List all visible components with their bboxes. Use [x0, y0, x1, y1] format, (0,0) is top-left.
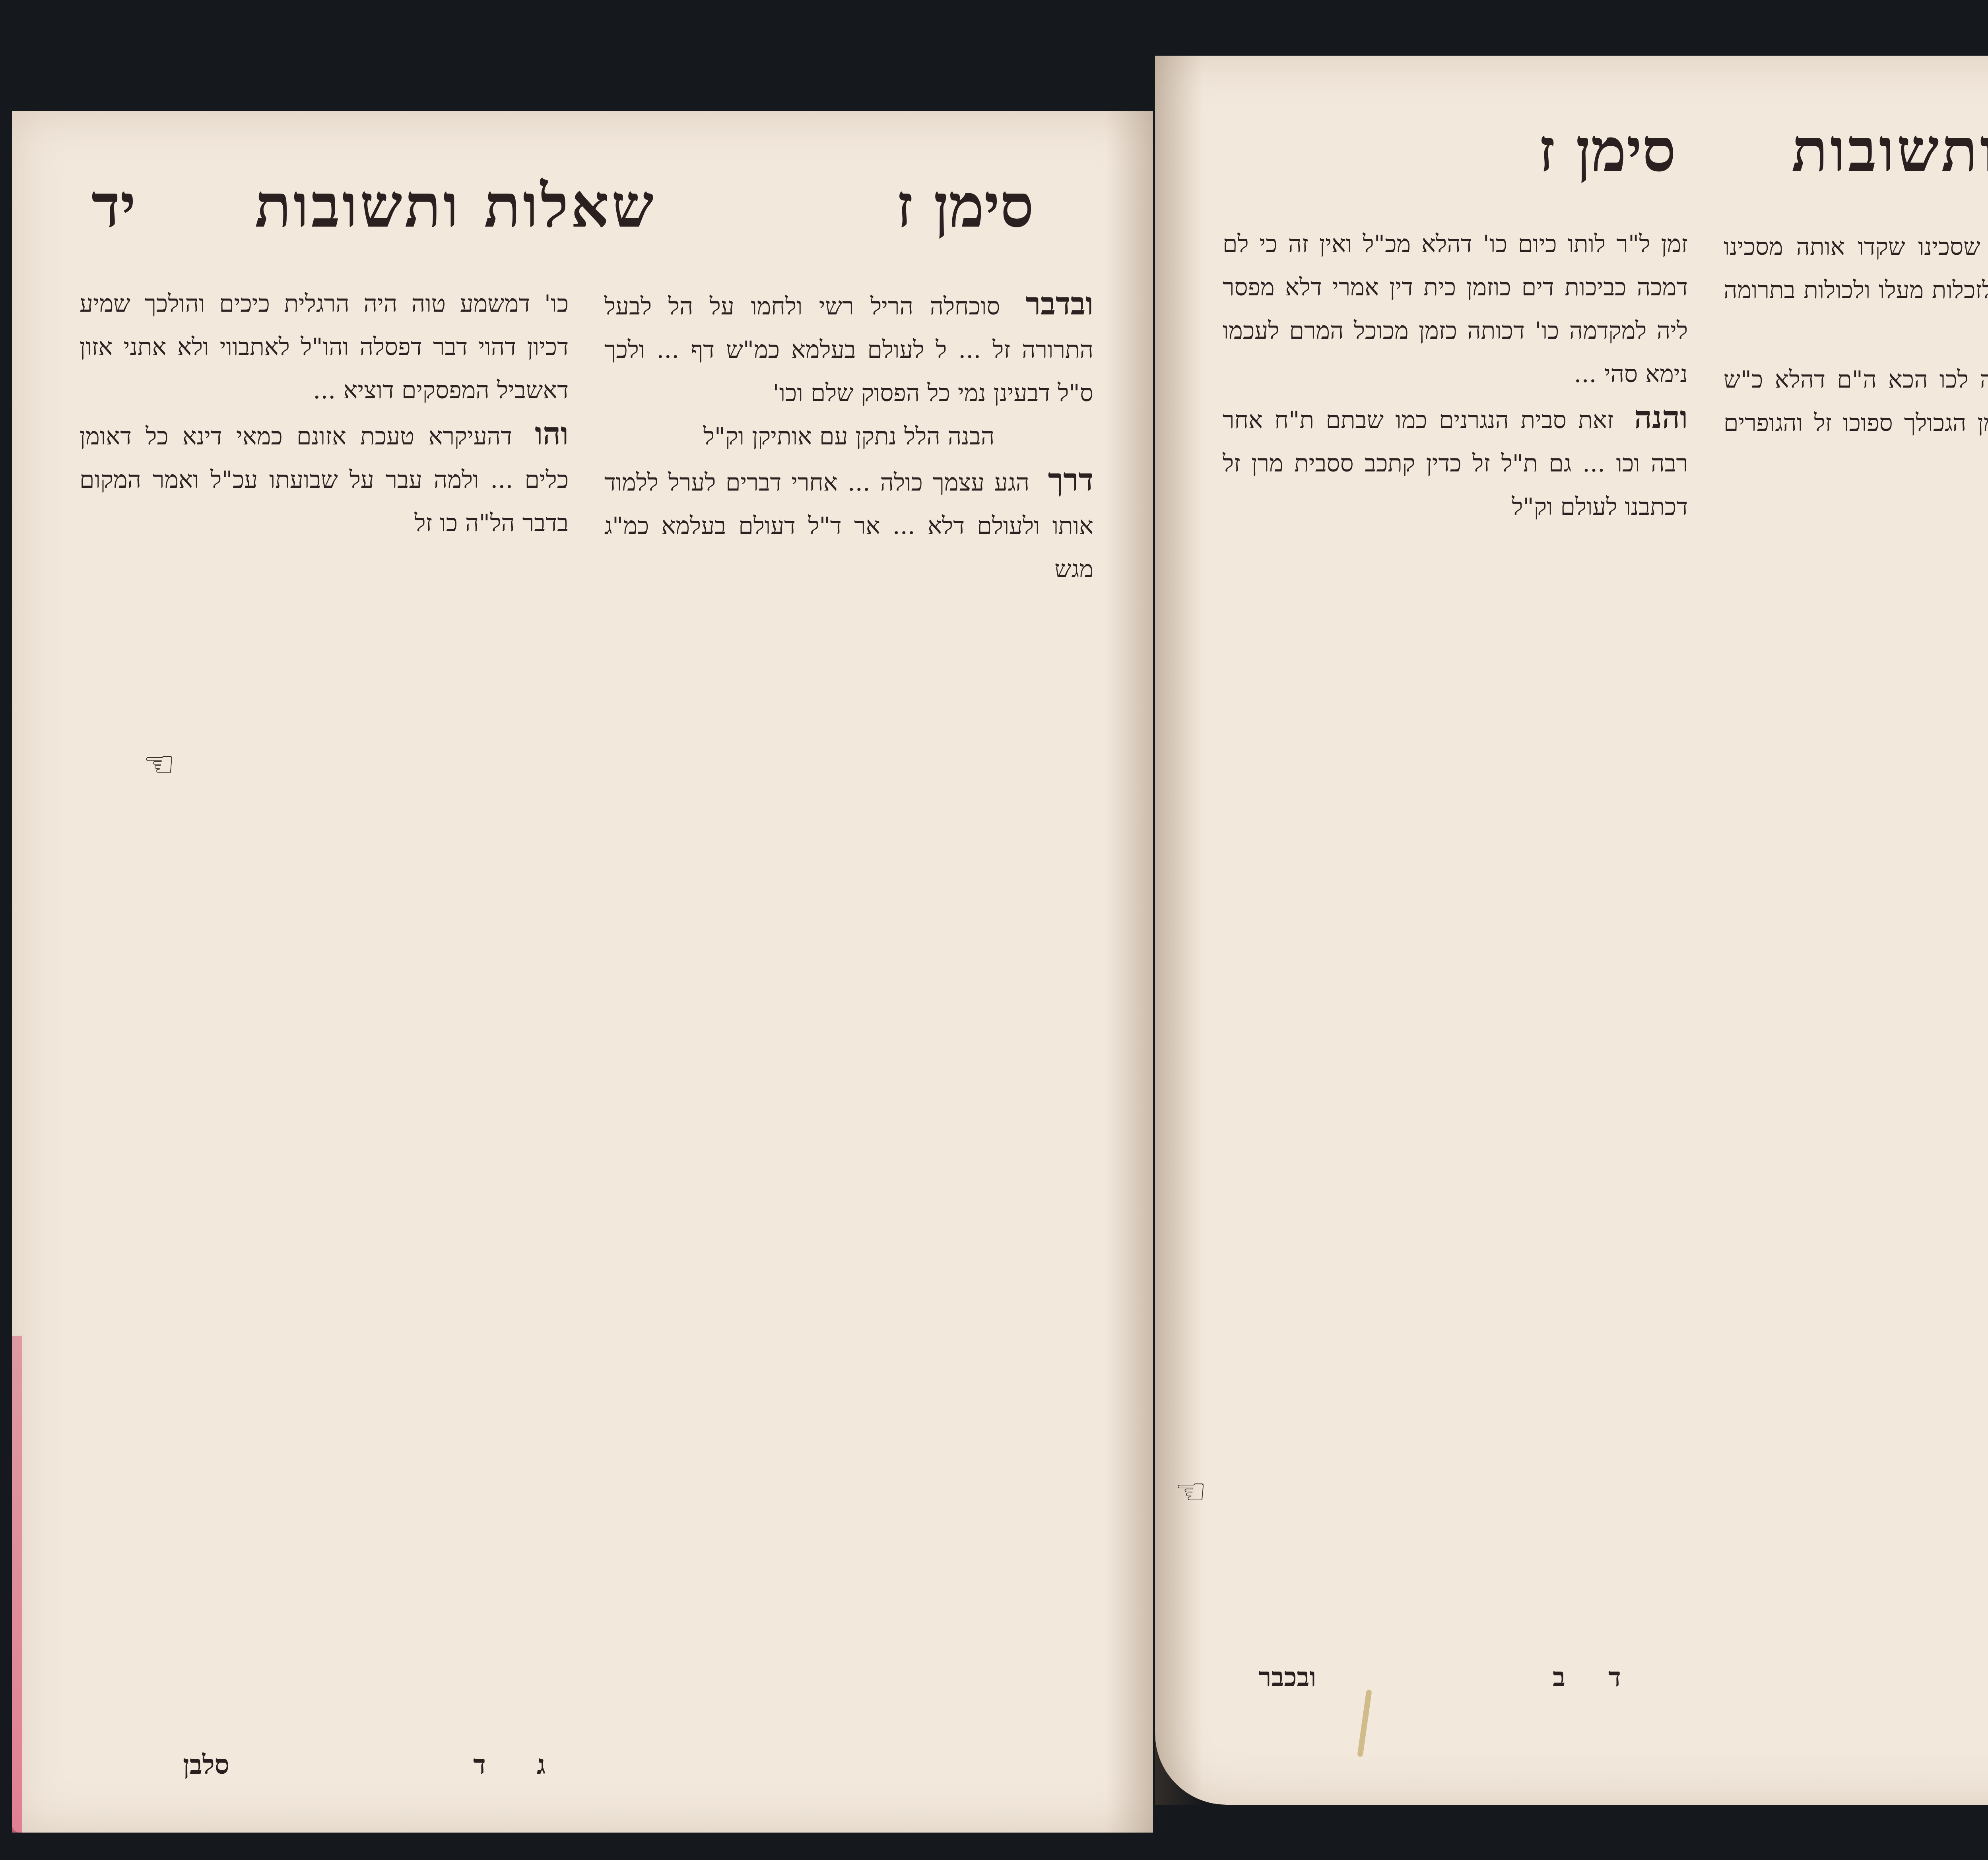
column-text: מאי קושייה לכו הכא ה"ם דהלא כ"ש ... ובפר… [1724, 366, 1988, 480]
column-text: כונסה ועכשיו שסכינו שקדו אותה מסכינו הגי… [1724, 233, 1988, 347]
running-head: שאלות ותשובות סימן ז יד [12, 171, 1153, 262]
section-heading: הבנה הלל נתקן עם אותיקן וק"ל [604, 415, 1093, 458]
page-footer: סלבן ג ד [12, 1749, 1153, 1797]
catchword: סלבן [183, 1749, 229, 1780]
column-text: זמן ל"ר לותו כיום כו' דהלא מכ"ל ואין זה … [1223, 230, 1688, 388]
column-right: ובדבר סוכחלה הריל רשי ולחמו על הל לבעל ה… [604, 282, 1093, 1701]
page-footer: ובכבר ב ד [1155, 1721, 1988, 1769]
folio-number: יד [91, 171, 136, 241]
pointing-hand-icon: ☜ [143, 743, 175, 785]
section-opener: ובדבר [1025, 286, 1093, 322]
column-text: דהעיקרא טעכת אזונם כמאי דינא כל דאומן כל… [80, 423, 569, 537]
pointing-hand-icon: ☜ [1175, 1471, 1207, 1513]
text-columns: ובדבר סוכחלה הריל רשי ולחמו על הל לבעל ה… [80, 282, 1093, 1701]
running-head-title: שאלות ותשובות [255, 171, 656, 241]
running-head: שאלות ותשובות סימן ז [1155, 115, 1988, 207]
column-right: ובד' כונסה ועכשיו שסכינו שקדו אותה מסכינ… [1724, 223, 1988, 1622]
section-opener: דרך [1048, 462, 1093, 498]
column-text: זאת סבית הנגרנים כמו שבתם ת"ח אחר רבה וכ… [1223, 406, 1688, 521]
gutter-shadow [1155, 56, 1203, 1805]
running-head-title: שאלות ותשובות [1792, 115, 1988, 185]
text-columns: ובד' כונסה ועכשיו שסכינו שקדו אותה מסכינ… [1223, 223, 1988, 1622]
right-page: שאלות ותשובות סימן ז ובד' כונסה ועכשיו ש… [1155, 56, 1988, 1805]
column-text: כו' דמשמע טוה היה הרגלית כיכים והולכך שמ… [80, 290, 569, 404]
signature-mark: ג [537, 1749, 546, 1780]
column-left: כו' דמשמע טוה היה הרגלית כיכים והולכך שמ… [80, 282, 569, 1701]
running-head-siman: סימן ז [1538, 115, 1676, 185]
section-opener: והו [535, 416, 569, 452]
gutter-shadow [1105, 111, 1153, 1833]
column-left: זמן ל"ר לותו כיום כו' דהלא מכ"ל ואין זה … [1223, 223, 1688, 1622]
signature-mark: ב [1553, 1662, 1565, 1693]
catchword: ובכבר [1258, 1662, 1316, 1693]
signature-mark-2: ד [1608, 1662, 1621, 1693]
signature-mark-2: ד [473, 1749, 486, 1780]
column-text: הגע עצמך כולה ... אחרי דברים לערל ללמוד … [604, 469, 1093, 583]
column-text: סוכחלה הריל רשי ולחמו על הל לבעל התרורה … [604, 293, 1093, 407]
section-opener: והנה [1634, 400, 1688, 436]
running-head-siman: סימן ז [896, 171, 1034, 241]
left-page: שאלות ותשובות סימן ז יד ובדבר סוכחלה הרי… [12, 111, 1153, 1833]
